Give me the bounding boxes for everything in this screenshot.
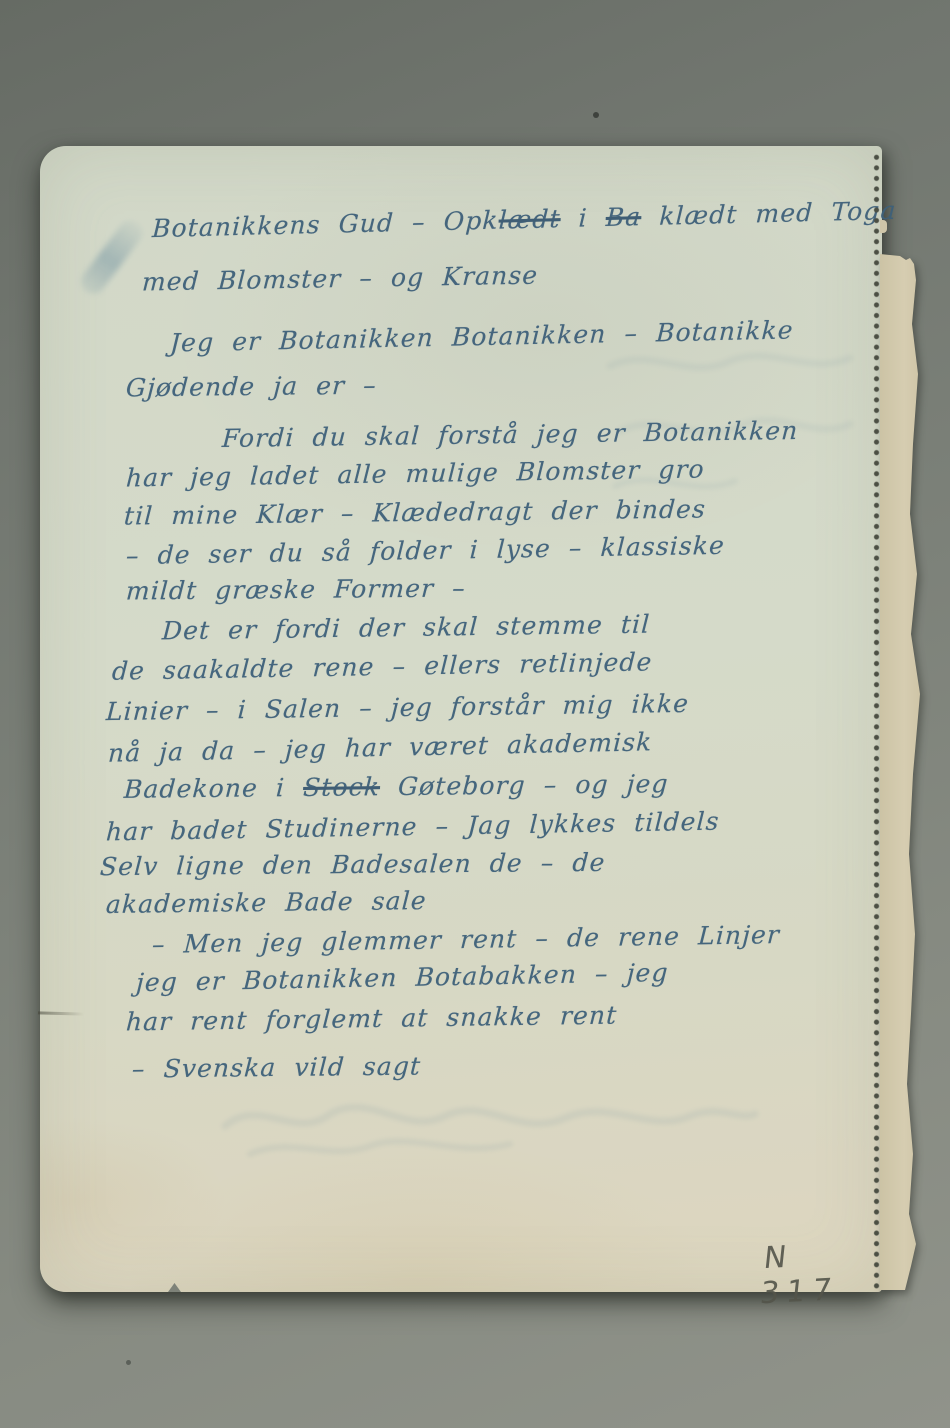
torn-paper-nub (880, 220, 887, 233)
handwriting-line: Botanikkens Gud – Opklædt i Ba klædt med… (151, 196, 897, 244)
handwriting-line: Selv ligne den Badesalen de – de (99, 848, 606, 882)
perforation-holes (872, 152, 881, 1290)
torn-stub-wrap (880, 254, 924, 1290)
handwriting-text: har rent forglemt at snakke rent (125, 1001, 618, 1037)
handwriting-line: har rent forglemt at snakke rent (125, 1001, 618, 1038)
handwriting-line: – Men jeg glemmer rent – de rene Linjer (151, 920, 781, 960)
handwriting-line: Badekone i Stock Gøteborg – og jeg (123, 769, 669, 805)
handwriting-text: – de ser du så folder i lyse – klassiske (125, 531, 725, 570)
ink-smudge (77, 215, 148, 298)
handwriting-text: Botanikkens Gud – Opk (151, 206, 499, 244)
handwriting-text: Badekone i (123, 773, 304, 804)
handwriting-line: de saakaldte rene – ellers retlinjede (111, 647, 653, 686)
handwriting-text: Selv ligne den Badesalen de – de (99, 848, 606, 881)
handwriting-text: – Svenska vild sagt (131, 1051, 422, 1083)
handwriting-line: mildt græske Former – (125, 574, 467, 607)
handwriting-line: til mine Klær – Klædedragt der bindes (123, 494, 707, 531)
handwriting-line: – Svenska vild sagt (131, 1051, 422, 1084)
handwriting-text: til mine Klær – Klædedragt der bindes (123, 494, 707, 530)
handwriting-text: de saakaldte rene – ellers retlinjede (111, 647, 653, 685)
handwriting-line: jeg er Botanikken Botabakken – jeg (135, 958, 669, 998)
handwriting-line: Det er fordi der skal stemme til (161, 610, 651, 647)
handwriting-line: Linier – i Salen – jeg forstår mig ikke (105, 689, 690, 727)
photo-background: N 317 Botanikkens Gud – Opklædt i Ba klæ… (0, 0, 950, 1428)
torn-stub (880, 254, 924, 1290)
manuscript-page: N 317 Botanikkens Gud – Opklædt i Ba klæ… (40, 146, 882, 1292)
handwriting-text: Linier – i Salen – jeg forstår mig ikke (105, 689, 690, 726)
handwriting-line: Gjødende ja er – (125, 371, 378, 404)
handwriting-text: akademiske Bade sale (105, 886, 427, 919)
handwriting-text: klædt med Toga (641, 196, 897, 231)
dust-speck (126, 1360, 131, 1365)
ink-showthrough (220, 1076, 760, 1166)
handwriting-text: – Men jeg glemmer rent – de rene Linjer (151, 920, 780, 959)
handwriting-text: jeg er Botanikken Botabakken – jeg (135, 958, 669, 997)
handwriting-text: Det er fordi der skal stemme til (161, 610, 651, 646)
handwriting-text: med Blomster – og Kranse (141, 261, 539, 297)
handwriting-text: i (560, 203, 607, 233)
handwriting-text: Gjødende ja er – (125, 371, 378, 403)
archive-number: N 317 (758, 1235, 885, 1312)
struck-word: Ba (605, 202, 642, 232)
handwriting-line: – de ser du så folder i lyse – klassiske (125, 531, 725, 571)
dust-speck (593, 112, 599, 118)
struck-word: lædt (498, 204, 561, 235)
handwriting-text: nå ja da – jeg har været akademisk (107, 727, 653, 767)
handwriting-text: mildt græske Former – (125, 574, 467, 606)
handwriting-text: Gøteborg – og jeg (379, 769, 669, 801)
handwriting-line: med Blomster – og Kranse (141, 261, 539, 298)
bottom-edge-notch (168, 1283, 181, 1292)
handwriting-line: nå ja da – jeg har været akademisk (107, 727, 653, 768)
handwriting-line: har badet Studinerne – Jag lykkes tildel… (105, 807, 720, 848)
struck-word: Stock (302, 772, 381, 802)
handwriting-text: har badet Studinerne – Jag lykkes tildel… (105, 807, 720, 847)
handwriting-line: akademiske Bade sale (105, 886, 427, 920)
left-edge-tear (38, 1011, 84, 1015)
